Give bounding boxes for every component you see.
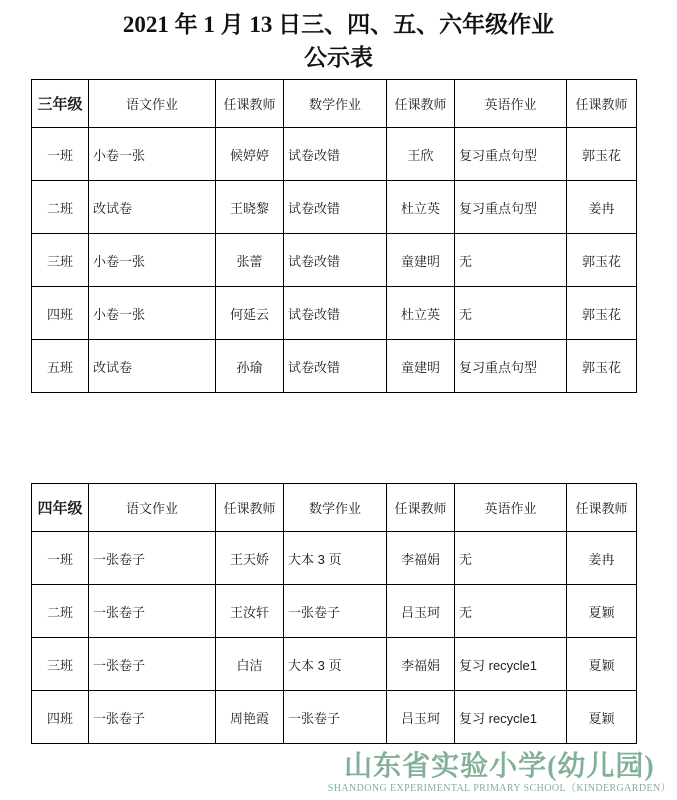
table-cell: 小卷一张 <box>89 128 216 181</box>
table-cell: 复习 recycle1 <box>455 691 567 744</box>
table-cell: 何延云 <box>216 287 284 340</box>
column-header: 任课教师 <box>216 80 284 128</box>
table-cell: 吕玉珂 <box>387 585 455 638</box>
table-cell: 郭玉花 <box>567 340 637 393</box>
table-cell: 夏颖 <box>567 638 637 691</box>
table-cell: 王晓黎 <box>216 181 284 234</box>
table-cell: 改试卷 <box>89 340 216 393</box>
table-row: 二班一张卷子王汝轩一张卷子吕玉珂无夏颖 <box>32 585 637 638</box>
school-name-chinese: 山东省实验小学(幼儿园) <box>328 752 671 782</box>
table-cell: 张蕾 <box>216 234 284 287</box>
table-cell: 吕玉珂 <box>387 691 455 744</box>
table-row: 三班小卷一张张蕾试卷改错童建明无郭玉花 <box>32 234 637 287</box>
table-cell: 复习 recycle1 <box>455 638 567 691</box>
class-label-cell: 五班 <box>32 340 89 393</box>
column-header: 语文作业 <box>89 80 216 128</box>
table-cell: 一张卷子 <box>89 638 216 691</box>
table-cell: 一张卷子 <box>89 691 216 744</box>
class-label-cell: 二班 <box>32 181 89 234</box>
table-cell: 一张卷子 <box>89 585 216 638</box>
table-row: 四班小卷一张何延云试卷改错杜立英无郭玉花 <box>32 287 637 340</box>
table-cell: 李福娟 <box>387 532 455 585</box>
table-cell: 大本 3 页 <box>284 638 387 691</box>
class-label-cell: 一班 <box>32 128 89 181</box>
column-header: 任课教师 <box>387 484 455 532</box>
class-label-cell: 四班 <box>32 287 89 340</box>
table-cell: 王欣 <box>387 128 455 181</box>
table-cell: 郭玉花 <box>567 128 637 181</box>
table-cell: 改试卷 <box>89 181 216 234</box>
grade-label: 四年级 <box>32 484 89 532</box>
table-cell: 无 <box>455 585 567 638</box>
school-name-english: SHANDONG EXPERIMENTAL PRIMARY SCHOOL（KIN… <box>328 782 671 796</box>
table-cell: 王汝轩 <box>216 585 284 638</box>
table-cell: 试卷改错 <box>284 287 387 340</box>
table-cell: 郭玉花 <box>567 234 637 287</box>
table-cell: 童建明 <box>387 340 455 393</box>
class-label-cell: 四班 <box>32 691 89 744</box>
table-cell: 复习重点句型 <box>455 128 567 181</box>
table-cell: 姜冉 <box>567 532 637 585</box>
table-cell: 郭玉花 <box>567 287 637 340</box>
table-cell: 试卷改错 <box>284 340 387 393</box>
table-row: 二班改试卷王晓黎试卷改错杜立英复习重点句型姜冉 <box>32 181 637 234</box>
table-cell: 复习重点句型 <box>455 181 567 234</box>
table-row: 三班一张卷子白洁大本 3 页李福娟复习 recycle1夏颖 <box>32 638 637 691</box>
table-cell: 小卷一张 <box>89 287 216 340</box>
table-row: 四班一张卷子周艳霞一张卷子吕玉珂复习 recycle1夏颖 <box>32 691 637 744</box>
column-header: 英语作业 <box>455 484 567 532</box>
table-cell: 王天娇 <box>216 532 284 585</box>
table-cell: 试卷改错 <box>284 128 387 181</box>
table-row: 一班小卷一张候婷婷试卷改错王欣复习重点句型郭玉花 <box>32 128 637 181</box>
column-header: 语文作业 <box>89 484 216 532</box>
table-cell: 孙瑜 <box>216 340 284 393</box>
table-cell: 试卷改错 <box>284 234 387 287</box>
table-cell: 复习重点句型 <box>455 340 567 393</box>
class-label-cell: 三班 <box>32 638 89 691</box>
class-label-cell: 一班 <box>32 532 89 585</box>
column-header: 任课教师 <box>567 80 637 128</box>
table-cell: 无 <box>455 532 567 585</box>
table-cell: 姜冉 <box>567 181 637 234</box>
grade4-homework-table: 四年级 语文作业 任课教师 数学作业 任课教师 英语作业 任课教师 一班一张卷子… <box>31 483 637 744</box>
table-cell: 候婷婷 <box>216 128 284 181</box>
column-header: 任课教师 <box>216 484 284 532</box>
table-row: 一班一张卷子王天娇大本 3 页李福娟无姜冉 <box>32 532 637 585</box>
class-label-cell: 三班 <box>32 234 89 287</box>
page-title-line2: 公示表 <box>0 41 677 74</box>
table-cell: 无 <box>455 287 567 340</box>
grade-label: 三年级 <box>32 80 89 128</box>
table-row: 五班改试卷孙瑜试卷改错童建明复习重点句型郭玉花 <box>32 340 637 393</box>
column-header: 数学作业 <box>284 484 387 532</box>
table-cell: 夏颖 <box>567 585 637 638</box>
table-cell: 一张卷子 <box>284 691 387 744</box>
table-cell: 无 <box>455 234 567 287</box>
table-cell: 李福娟 <box>387 638 455 691</box>
table-cell: 白洁 <box>216 638 284 691</box>
table-cell: 杜立英 <box>387 287 455 340</box>
school-logo: 山东省实验小学(幼儿园) SHANDONG EXPERIMENTAL PRIMA… <box>328 752 671 796</box>
class-label-cell: 二班 <box>32 585 89 638</box>
grade3-homework-table: 三年级 语文作业 任课教师 数学作业 任课教师 英语作业 任课教师 一班小卷一张… <box>31 79 637 393</box>
page-title: 2021 年 1 月 13 日三、四、五、六年级作业 公示表 <box>0 8 677 74</box>
column-header: 数学作业 <box>284 80 387 128</box>
table-cell: 试卷改错 <box>284 181 387 234</box>
table-cell: 夏颖 <box>567 691 637 744</box>
table-cell: 大本 3 页 <box>284 532 387 585</box>
page-title-line1: 2021 年 1 月 13 日三、四、五、六年级作业 <box>0 8 677 41</box>
column-header: 任课教师 <box>567 484 637 532</box>
column-header: 任课教师 <box>387 80 455 128</box>
table-cell: 杜立英 <box>387 181 455 234</box>
table-cell: 童建明 <box>387 234 455 287</box>
table-header-row: 四年级 语文作业 任课教师 数学作业 任课教师 英语作业 任课教师 <box>32 484 637 532</box>
table-cell: 一张卷子 <box>89 532 216 585</box>
table-cell: 小卷一张 <box>89 234 216 287</box>
table-cell: 周艳霞 <box>216 691 284 744</box>
column-header: 英语作业 <box>455 80 567 128</box>
table-cell: 一张卷子 <box>284 585 387 638</box>
table-header-row: 三年级 语文作业 任课教师 数学作业 任课教师 英语作业 任课教师 <box>32 80 637 128</box>
